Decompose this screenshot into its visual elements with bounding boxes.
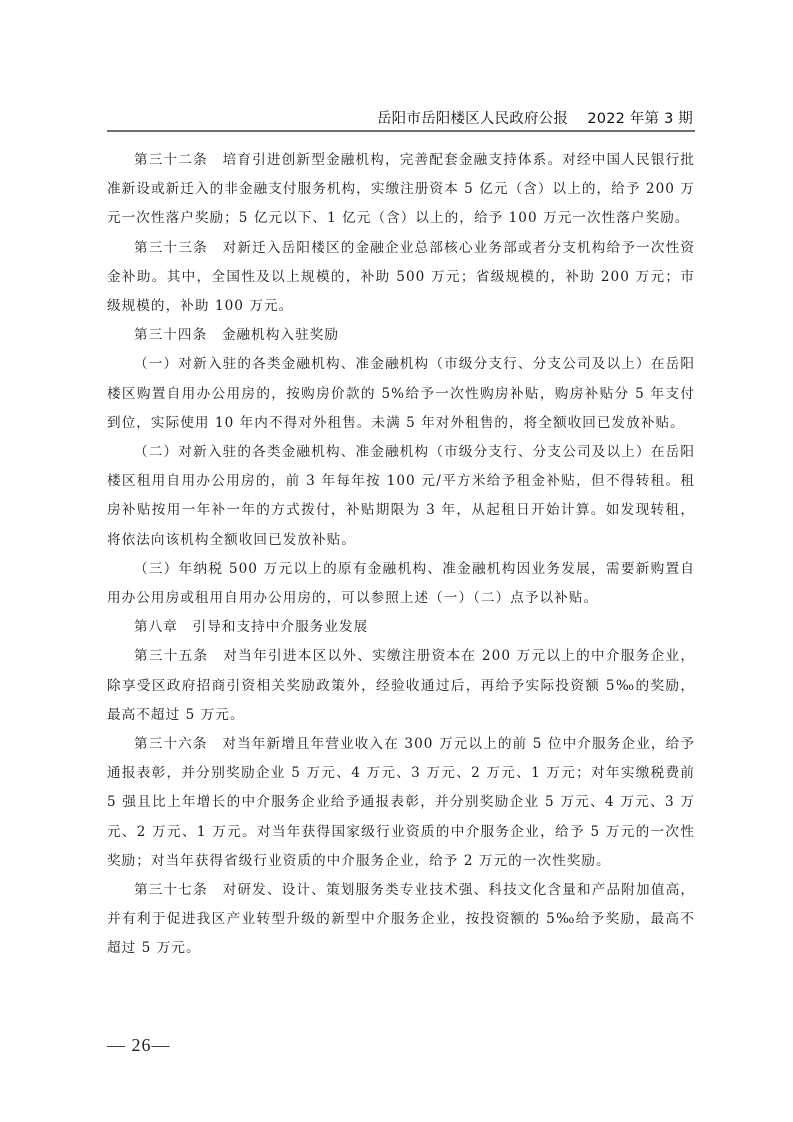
header-title-line: 岳阳市岳阳楼区人民政府公报 2022 年第 3 期	[377, 107, 693, 128]
page-header: 岳阳市岳阳楼区人民政府公报 2022 年第 3 期	[107, 106, 695, 132]
article-32: 第三十二条 培育引进创新型金融机构，完善配套金融支持体系。对经中国人民银行批准新…	[107, 146, 695, 234]
document-body: 第三十二条 培育引进创新型金融机构，完善配套金融支持体系。对经中国人民银行批准新…	[107, 146, 695, 964]
article-34-item-2: （二）对新入驻的各类金融机构、准金融机构（市级分支行、分支公司及以上）在岳阳楼区…	[107, 438, 695, 555]
page-number: — 26—	[107, 1035, 171, 1056]
article-36: 第三十六条 对当年新增且年营业收入在 300 万元以上的前 5 位中介服务企业，…	[107, 730, 695, 876]
article-34-item-1: （一）对新入驻的各类金融机构、准金融机构（市级分支行、分支公司及以上）在岳阳楼区…	[107, 350, 695, 438]
gazette-title: 岳阳市岳阳楼区人民政府公报	[377, 111, 568, 127]
article-33: 第三十三条 对新迁入岳阳楼区的金融企业总部核心业务部或者分支机构给予一次性资金补…	[107, 234, 695, 322]
article-37: 第三十七条 对研发、设计、策划服务类专业技术强、科技文化含量和产品附加值高，并有…	[107, 876, 695, 964]
issue-number: 2022 年第 3 期	[587, 111, 693, 127]
article-34-item-3: （三）年纳税 500 万元以上的原有金融机构、准金融机构因业务发展，需要新购置自…	[107, 555, 695, 613]
chapter-8-heading: 第八章 引导和支持中介服务业发展	[107, 613, 695, 642]
article-35: 第三十五条 对当年引进本区以外、实缴注册资本在 200 万元以上的中介服务企业，…	[107, 642, 695, 730]
article-34-heading: 第三十四条 金融机构入驻奖励	[107, 321, 695, 350]
